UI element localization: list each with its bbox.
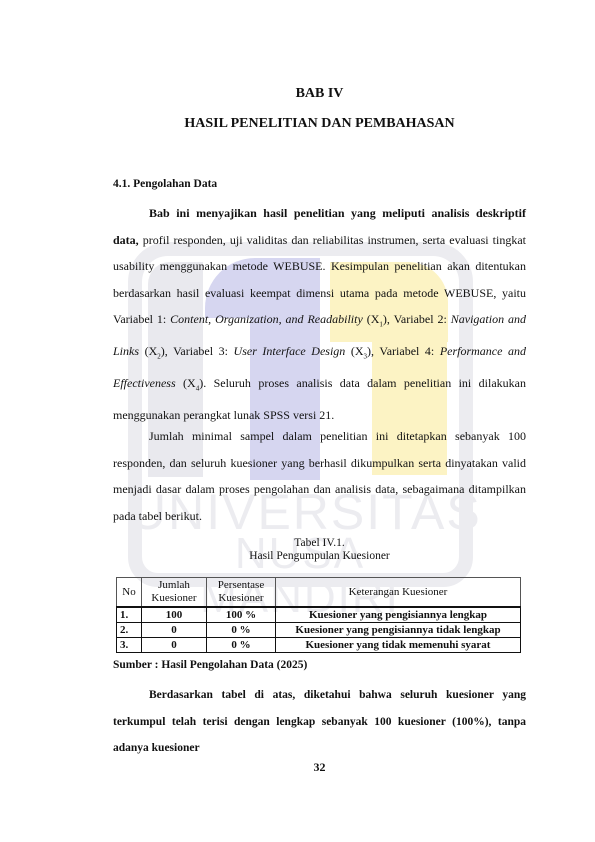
section-heading: 4.1. Pengolahan Data	[113, 178, 217, 190]
paragraph-text: ), Variabel 2:	[383, 312, 451, 326]
paragraph-text: Berdasarkan tabel di atas, diketahui bah…	[113, 689, 526, 754]
paragraph-text: Jumlah minimal sampel dalam penelitian i…	[113, 429, 526, 523]
cell-no: 3.	[117, 638, 142, 653]
paragraph-text: ), Variabel 4:	[367, 344, 440, 358]
chapter-title: HASIL PENELITIAN DAN PEMBAHASAN	[113, 116, 526, 132]
table-source: Sumber : Hasil Pengolahan Data (2025)	[113, 659, 307, 671]
variable-1-name: Content, Organization, and Readability	[170, 312, 363, 326]
page-number: 32	[113, 760, 526, 775]
document-page: UNIVERSITAS NUSA MANDIRI BAB IV HASIL PE…	[0, 0, 595, 842]
questionnaire-table: No JumlahKuesioner PersentaseKuesioner K…	[116, 577, 521, 653]
table-header-row: No JumlahKuesioner PersentaseKuesioner K…	[117, 578, 521, 608]
variable-3-name: User Interface Design	[234, 344, 346, 358]
paragraph-intro: Bab ini menyajikan hasil penelitian yang…	[113, 200, 526, 429]
header-jumlah: JumlahKuesioner	[142, 578, 207, 608]
cell-persentase: 0 %	[207, 623, 276, 638]
table-caption-title: Hasil Pengumpulan Kuesioner	[113, 550, 526, 563]
header-keterangan: Keterangan Kuesioner	[276, 578, 521, 608]
cell-persentase: 0 %	[207, 638, 276, 653]
cell-jumlah: 100	[142, 607, 207, 623]
table-caption-number: Tabel IV.1.	[113, 537, 526, 550]
paragraph-text: ), Variabel 3:	[161, 344, 234, 358]
cell-persentase: 100 %	[207, 607, 276, 623]
cell-keterangan: Kuesioner yang pengisiannya tidak lengka…	[276, 623, 521, 638]
cell-no: 1.	[117, 607, 142, 623]
chapter-number: BAB IV	[113, 86, 526, 102]
paragraph-analysis: Berdasarkan tabel di atas, diketahui bah…	[113, 682, 526, 762]
paragraph-sample: Jumlah minimal sampel dalam penelitian i…	[113, 423, 526, 529]
cell-jumlah: 0	[142, 623, 207, 638]
table-row: 1. 100 100 % Kuesioner yang pengisiannya…	[117, 607, 521, 623]
table-row: 3. 0 0 % Kuesioner yang tidak memenuhi s…	[117, 638, 521, 653]
table-row: 2. 0 0 % Kuesioner yang pengisiannya tid…	[117, 623, 521, 638]
header-persentase: PersentaseKuesioner	[207, 578, 276, 608]
cell-jumlah: 0	[142, 638, 207, 653]
variable-symbol: (X	[363, 312, 380, 326]
variable-symbol: (X	[176, 376, 196, 390]
variable-symbol: (X	[139, 344, 157, 358]
cell-no: 2.	[117, 623, 142, 638]
cell-keterangan: Kuesioner yang tidak memenuhi syarat	[276, 638, 521, 653]
header-no: No	[117, 578, 142, 608]
variable-symbol: (X	[345, 344, 363, 358]
cell-keterangan: Kuesioner yang pengisiannya lengkap	[276, 607, 521, 623]
